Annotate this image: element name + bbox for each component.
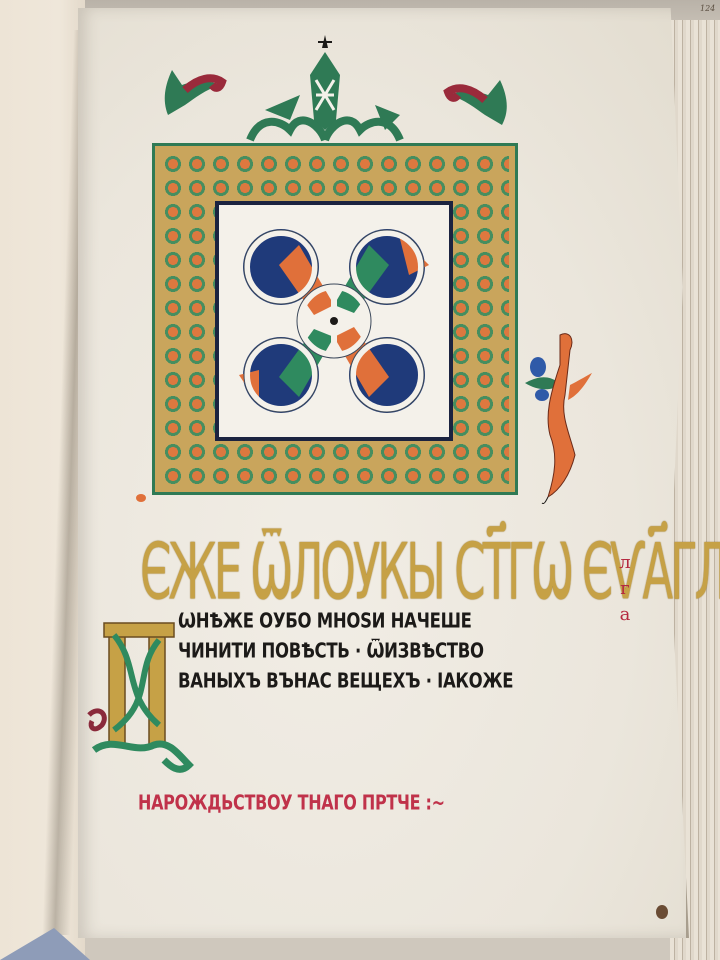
manuscript-scene: 124	[0, 0, 720, 960]
headpiece-center-panel	[215, 201, 453, 441]
quire-mark: л г а	[610, 550, 640, 628]
red-rubric: НАРОЖДЬСТВОУ ТНАГО ПРТЧЕ :~	[138, 790, 445, 815]
interlace-knot-headpiece-icon	[152, 143, 518, 495]
stain-spot	[656, 905, 668, 919]
quire-mark-letter: а	[610, 602, 640, 628]
orange-floral-flourish-icon	[520, 325, 600, 505]
body-text: ѠНѢЖЕ ОУБО МНОЅИ НАЧЕШЕ ЧИНИТИ ПОВѢСТЬ ·…	[178, 606, 558, 696]
stain-spot	[136, 494, 146, 502]
knot-finial-ornament-icon	[150, 30, 520, 150]
body-line: ВАНЫХЪ ВЪНАС ВЕЩЕХЪ · ІАКОЖЕ	[178, 662, 558, 700]
quire-mark-letter: г	[610, 576, 640, 602]
interlace-pattern-icon	[219, 205, 449, 437]
quire-mark-letter: л	[610, 550, 640, 576]
folio-number: 124	[700, 4, 715, 13]
